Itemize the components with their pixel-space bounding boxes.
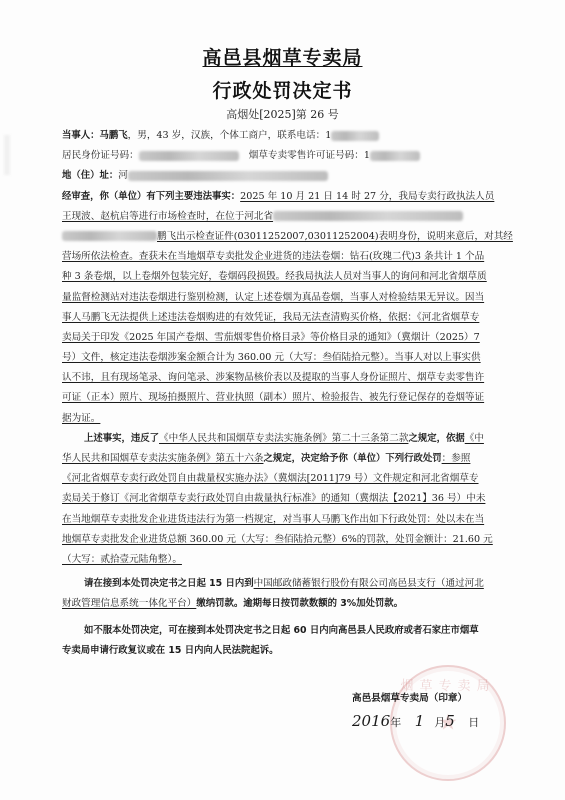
issuer-signature: 高邑县烟草专卖局（印章） xyxy=(352,690,467,704)
bank-name: 中国邮政储蓄银行股份有限公司高邑县支行（通过河北 xyxy=(254,578,484,589)
facts-line: 号）文件，核定违法卷烟涉案金额合计为 360.00 元（大写：叁佰陆拾元整）。当… xyxy=(62,348,507,368)
law-reference: 《中华人民共和国烟草专卖法实施条例》第二十三条第二款 xyxy=(159,433,408,444)
facts-line: 鹏飞出示检查证件(03011252007,03011252004)表明身份，说明… xyxy=(62,227,507,247)
decision-line: 卖局关于修订《河北省烟草专卖行政处罚自由裁量执行标准》的通知（冀烟法【2021】… xyxy=(62,489,507,509)
scan-artifact xyxy=(4,135,10,175)
document-page: 高邑县烟草专卖局 行政处罚决定书 高烟处[2025]第 26 号 当事人：马鹏飞… xyxy=(0,0,565,800)
redacted-license xyxy=(370,151,420,161)
redacted-id xyxy=(139,151,239,161)
decision-line: 《河北省烟草专卖行政处罚自由裁量权实施办法》（冀烟法[2011]79 号）文件规… xyxy=(62,469,507,489)
agency-title: 高邑县烟草专卖局 xyxy=(0,43,565,70)
issue-date: 2016年 1月5 日 xyxy=(352,712,479,730)
decision-line: 在当地烟草专卖批发企业进货违法行为第一档规定，对当事人马鹏飞作出如下行政处罚：处… xyxy=(62,510,507,530)
redacted-location xyxy=(273,211,463,221)
facts-line: 营场所依法检查。查获未在当地烟草专卖批发企业进货的违法卷烟：钻石(玫瑰二代)3 … xyxy=(62,247,507,267)
party-line: 当事人：马鹏飞，男，43 岁，汉族，个体工商户，联系电话：1 xyxy=(62,126,507,146)
facts-line: 量监督检测站对违法卷烟进行鉴别检测，认定上述卷烟为真品卷烟，当事人对检验结果无异… xyxy=(62,288,507,308)
handwritten-month: 1 xyxy=(415,712,425,730)
document-number: 高烟处[2025]第 26 号 xyxy=(0,106,565,122)
penalty-amount-text: （大写：贰拾壹元陆角整）。 xyxy=(62,554,182,565)
decision-line: （大写：贰拾壹元陆角整）。 xyxy=(62,550,507,570)
document-type-title: 行政处罚决定书 xyxy=(0,76,565,103)
document-body: 当事人：马鹏飞，男，43 岁，汉族，个体工商户，联系电话：1 居民身份证号码：烟… xyxy=(62,126,507,661)
party-details: ，男，43 岁，汉族，个体工商户，联系电话：1 xyxy=(128,130,332,141)
handwritten-day: 5 xyxy=(445,712,455,730)
id-line: 居民身份证号码：烟草专卖零售许可证号码：1 xyxy=(62,146,507,166)
facts-line: 种 3 条卷烟，以上卷烟外包装完好，卷烟码段损毁。经我局执法人员对当事人的询问和… xyxy=(62,267,507,287)
facts-line: 经审查，你（单位）有下列主要违法事实：2025 年 10 月 21 日 14 时… xyxy=(62,187,507,207)
redacted-text xyxy=(62,231,157,241)
appeal-line: 专卖局申请行政复议或在 15 日内向人民法院起诉。 xyxy=(62,641,507,661)
redacted-address xyxy=(128,171,328,181)
facts-line: 王现波、赵杭启等进行市场检查时，在位于河北省 xyxy=(62,207,507,227)
law-reference: 华人民共和国烟草专卖法实施条例》第五十六条 xyxy=(62,453,263,464)
id-label: 居民身份证号码： xyxy=(62,150,139,161)
decision-line: 上述事实，违反了《中华人民共和国烟草专卖法实施条例》第二十三条第二款之规定，依据… xyxy=(62,429,507,449)
appeal-line: 如不服本处罚决定，可在接到本处罚决定书之日起 60 日内向高邑县人民政府或者石家… xyxy=(62,621,507,641)
handwritten-year: 2016 xyxy=(352,712,390,730)
party-label: 当事人： xyxy=(62,130,100,141)
payment-line: 请在接到本处罚决定书之日起 15 日内到中国邮政储蓄银行股份有限公司高邑县支行（… xyxy=(62,574,507,594)
facts-line: 可证（正本）照片、现场拍摄照片、营业执照（副本）照片、检验报告、被先行登记保存的… xyxy=(62,388,507,408)
party-name: 马鹏飞 xyxy=(100,130,128,141)
facts-lead: 经审查，你（单位）有下列主要违法事实： xyxy=(62,191,240,202)
address-label: 地（住）址： xyxy=(62,170,118,181)
facts-line: 据为证。 xyxy=(62,409,507,429)
facts-line: 认不讳，且有现场笔录、询问笔录、涉案物品核价表以及提取的当事人身份证照片、烟草专… xyxy=(62,368,507,388)
decision-line: 地烟草专卖批发企业进货总额 360.00 元（大写：叁佰陆拾元整）6%的罚款，处… xyxy=(62,530,507,550)
facts-line: 事人马鹏飞无法提供上述违法卷烟购进的有效凭证，我局无法查清购买价格，依据：《河北… xyxy=(62,308,507,328)
address-line: 地（住）址：河 xyxy=(62,166,507,186)
decision-line: 华人民共和国烟草专卖法实施条例》第五十六条之规定，决定给予你（单位）下列行政处罚… xyxy=(62,449,507,469)
payment-line: 财政管理信息系统一体化平台）缴纳罚款。逾期每日按罚款数额的 3%加处罚款。 xyxy=(62,594,507,614)
redacted-phone xyxy=(331,131,379,141)
facts-line: 卖局关于印发《2025 年国产卷烟、雪茄烟零售价格目录》等价格目录的通知》（冀烟… xyxy=(62,328,507,348)
license-label: 烟草专卖零售许可证号码： xyxy=(249,150,364,161)
